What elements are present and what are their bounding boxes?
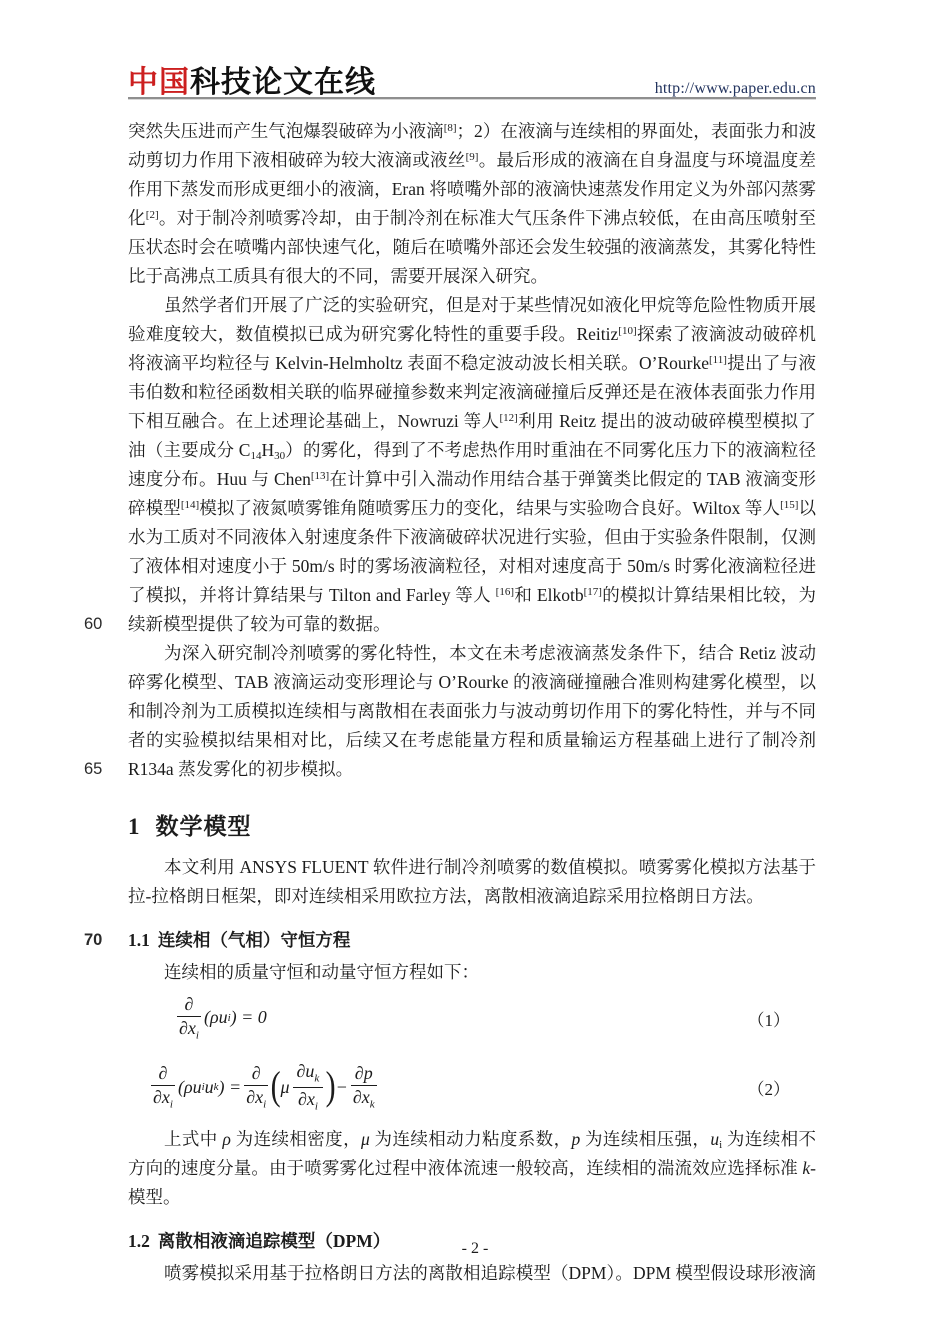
section-title: 数学模型 (156, 814, 252, 839)
text-line: 将液滴平均粒径与 Kelvin-Helmholtz 表面不稳定波动波长相关联。O… (128, 349, 816, 378)
text-line: 连续相的质量守恒和动量守恒方程如下： (128, 958, 816, 987)
text-line: 韦伯数和粒径函数相关联的临界碰撞参数来判定液滴碰撞后反弹还是在液体表面张力作用 (128, 378, 816, 407)
margin-line-number: 65 (84, 755, 122, 784)
equation: ∂∂xi(ρuiuk) = ∂∂xi(μ∂uk∂xi) − ∂p∂xk (148, 1061, 380, 1112)
equation-number: （2） (748, 1075, 817, 1100)
header-divider (128, 97, 816, 100)
text-line: 下相互融合。在上述理论基础上，Nowruzi 等人[12]利用 Reitz 提出… (128, 407, 816, 436)
text-line: 比于高沸点工质具有很大的不同，需要开展深入研究。 (128, 262, 816, 291)
text-line: 模型。 (128, 1183, 816, 1212)
text-line: 了模拟，并将计算结果与 Tilton and Farley 等人 [16]和 E… (128, 581, 816, 610)
subsection-heading: 1.1连续相（气相）守恒方程70 (128, 926, 816, 955)
text-line: 突然失压进而产生气泡爆裂破碎为小液滴[8]；2）在液滴与连续相的界面处，表面张力… (128, 117, 816, 146)
equation-row: ∂∂xi(ρuiuk) = ∂∂xi(μ∂uk∂xi) − ∂p∂xk（2） (128, 1049, 816, 1125)
text-line: 本文利用 ANSYS FLUENT 软件进行制冷剂喷雾的数值模拟。喷雾雾化模拟方… (128, 853, 816, 882)
text-line: 方向的速度分量。由于喷雾雾化过程中液体流速一般较高，连续相的湍流效应选择标准 k… (128, 1154, 816, 1183)
text-line: 喷雾模拟采用基于拉格朗日方法的离散相追踪模型（DPM）。DPM 模型假设球形液滴 (128, 1259, 816, 1288)
site-url-link[interactable]: http://www.paper.edu.cn (655, 80, 816, 98)
text-line: 碎雾化模型、TAB 液滴运动变形理论与 O’Rourke 的液滴碰撞融合准则构建… (128, 668, 816, 697)
text-line: 动剪切力作用下液相破碎为较大液滴或液丝[9]。最后形成的液滴在自身温度与环境温度… (128, 146, 816, 175)
logo-text-red: 中国 (128, 66, 190, 99)
page-number: - 2 - (0, 1240, 950, 1258)
text-line: 压状态时会在喷嘴内部快速气化，随后在喷嘴外部还会发生较强的液滴蒸发，其雾化特性相 (128, 233, 816, 262)
margin-line-number: 60 (84, 610, 122, 639)
text-line: 虽然学者们开展了广泛的实验研究，但是对于某些情况如液化甲烷等危险性物质开展实 (128, 291, 816, 320)
text-line: 验难度较大，数值模拟已成为研究雾化特性的重要手段。Reitiz[10]探索了液滴… (128, 320, 816, 349)
text-line: 水为工质对不同液体入射速度条件下液滴破碎状况进行实验，但由于实验条件限制，仅测量 (128, 523, 816, 552)
section-number: 1 (128, 814, 140, 839)
text-line: 续新模型提供了较为可靠的数据。60 (128, 610, 816, 639)
text-line: R134a 蒸发雾化的初步模拟。65 (128, 755, 816, 784)
equation-number: （1） (748, 1006, 817, 1031)
site-logo: 中国科技论文在线 (128, 68, 376, 98)
text-line: 为深入研究制冷剂喷雾的雾化特性，本文在未考虑液滴蒸发条件下，结合 Retiz 波… (128, 639, 816, 668)
equation-row: ∂∂xi(ρui) = 0（1） (128, 987, 816, 1049)
text-line: 和制冷剂为工质模拟连续相与离散相在表面张力与波动剪切作用下的雾化特性，并与不同学 (128, 697, 816, 726)
text-line: 了液体相对速度小于 50m/s 时的雾场液滴粒径，对相对速度高于 50m/s 时… (128, 552, 816, 581)
logo-text-black: 科技论文在线 (190, 66, 376, 99)
subsection-title: 连续相（气相）守恒方程 (158, 930, 351, 950)
text-line: 油（主要成分 C14H30）的雾化，得到了不考虑热作用时重油在不同雾化压力下的液… (128, 436, 816, 465)
text-line: 碎模型[14]模拟了液氮喷雾锥角随喷雾压力的变化，结果与实验吻合良好。Wilto… (128, 494, 816, 523)
text-line: 者的实验模拟结果相对比，后续又在考虑能量方程和质量输运方程基础上进行了制冷剂 (128, 726, 816, 755)
text-line: 作用下蒸发而形成更细小的液滴，Eran 将喷嘴外部的液滴快速蒸发作用定义为外部闪… (128, 175, 816, 204)
text-line: 拉-拉格朗日框架，即对连续相采用欧拉方法，离散相液滴追踪采用拉格朗日方法。 (128, 882, 816, 911)
margin-line-number: 70 (84, 926, 122, 955)
text-line: 化[2]。对于制冷剂喷雾冷却，由于制冷剂在标准大气压条件下沸点较低，在由高压喷射… (128, 204, 816, 233)
equation: ∂∂xi(ρui) = 0 (174, 994, 267, 1042)
page-header: 中国科技论文在线 http://www.paper.edu.cn (128, 58, 816, 100)
subsection-number: 1.1 (128, 930, 150, 950)
text-line: 上式中 ρ 为连续相密度，μ 为连续相动力粘度系数，p 为连续相压强，ui 为连… (128, 1125, 816, 1154)
section-heading: 1数学模型 (128, 810, 816, 844)
text-line: 速度分布。Huu 与 Chen[13]在计算中引入湍动作用结合基于弹簧类比假定的… (128, 465, 816, 494)
document-body: 突然失压进而产生气泡爆裂破碎为小液滴[8]；2）在液滴与连续相的界面处，表面张力… (128, 117, 816, 1288)
